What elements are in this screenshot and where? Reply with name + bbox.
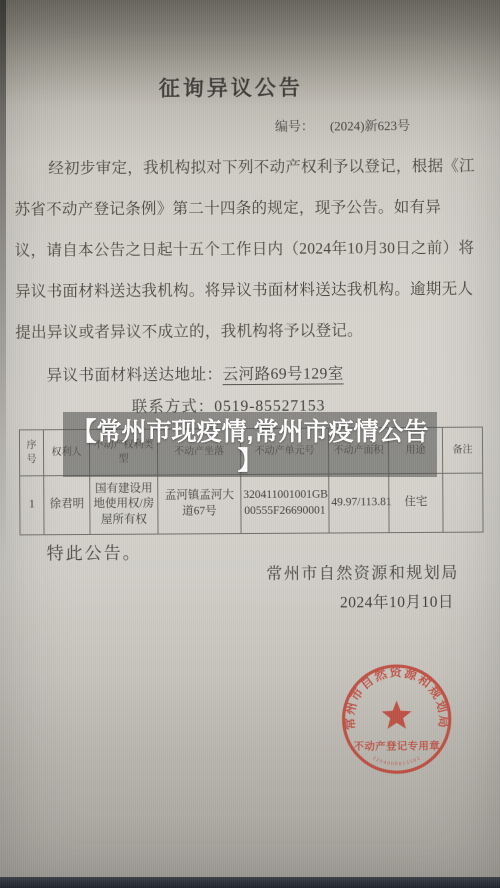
cell-seq: 1 <box>20 476 44 535</box>
closing-line: 特此公告。 <box>47 539 142 565</box>
body-paragraph: 经初步审定，我机构拟对下列不动产权利予以登记，根据《江 苏省不动产登记条例》第二… <box>14 146 487 354</box>
body-line: 经初步审定，我机构拟对下列不动产权利予以登记，根据《江 <box>14 146 486 190</box>
table-row: 1 徐君明 国有建设用地使用权/房屋所有权 孟河镇孟河大道67号 3204110… <box>20 473 483 535</box>
cell-right-type: 国有建设用地使用权/房屋所有权 <box>90 475 158 534</box>
body-line: 议，请自本公告之日起十五个工作日内（2024年10月30日之前）将 <box>15 228 487 272</box>
address-value: 云河路69号129室 <box>223 365 344 385</box>
stamp-serial: 3204000013502 <box>371 756 422 768</box>
photo-left-edge <box>0 0 6 560</box>
address-label: 异议书面材料送达地址： <box>47 366 223 384</box>
header-cell-remark: 备注 <box>442 427 482 473</box>
address-line: 异议书面材料送达地址：云河路69号129室 <box>47 361 344 385</box>
cell-usage: 住宅 <box>389 473 443 532</box>
official-stamp: 常州市自然资源和规划局 不动产登记专用章 3204000013502 <box>337 660 456 779</box>
photo-of-document: 征询异议公告 编号：(2024)新623号 经初步审定，我机构拟对下列不动产权利… <box>0 0 500 888</box>
issuer-line: 常州市自然资源和规划局 <box>266 560 459 584</box>
svg-text:3204000013502: 3204000013502 <box>371 756 422 768</box>
stamp-center-text: 不动产登记专用章 <box>354 739 441 753</box>
cell-remark <box>443 473 483 532</box>
caption-line-2: 】 <box>237 448 262 474</box>
body-line: 提出异议或者异议不成立的，我机构将予以登记。 <box>15 310 487 354</box>
caption-line-1: 【常州市现疫情,常州市疫情公告 <box>72 416 429 448</box>
photo-bottom-edge <box>0 877 500 888</box>
cell-location: 孟河镇孟河大道67号 <box>158 475 241 535</box>
date-line: 2024年10月10日 <box>340 590 454 613</box>
body-line: 苏省不动产登记条例》第二十四条的规定，现予公告。如有异 <box>14 187 486 231</box>
unit-no-line-1: 320411001001GB <box>243 488 326 504</box>
header-cell-seq: 序号 <box>19 430 43 476</box>
doc-number-label: 编号： <box>275 119 314 134</box>
doc-number: 编号：(2024)新623号 <box>275 115 410 135</box>
body-line: 异议书面材料送达我机构。将异议书面材料送达我机构。逾期无人 <box>15 269 487 313</box>
caption-banner: 【常州市现疫情,常州市疫情公告 】 <box>63 412 437 477</box>
cell-holder: 徐君明 <box>44 475 90 534</box>
unit-no-line-2: 00555F26690001 <box>243 504 326 520</box>
stamp-star-icon <box>382 700 412 729</box>
cell-area: 49.97/113.81 <box>329 474 389 533</box>
cell-unit-no: 320411001001GB 00555F26690001 <box>241 474 329 534</box>
page-title: 征询异议公告 <box>0 71 464 104</box>
doc-number-value: (2024)新623号 <box>330 118 410 133</box>
